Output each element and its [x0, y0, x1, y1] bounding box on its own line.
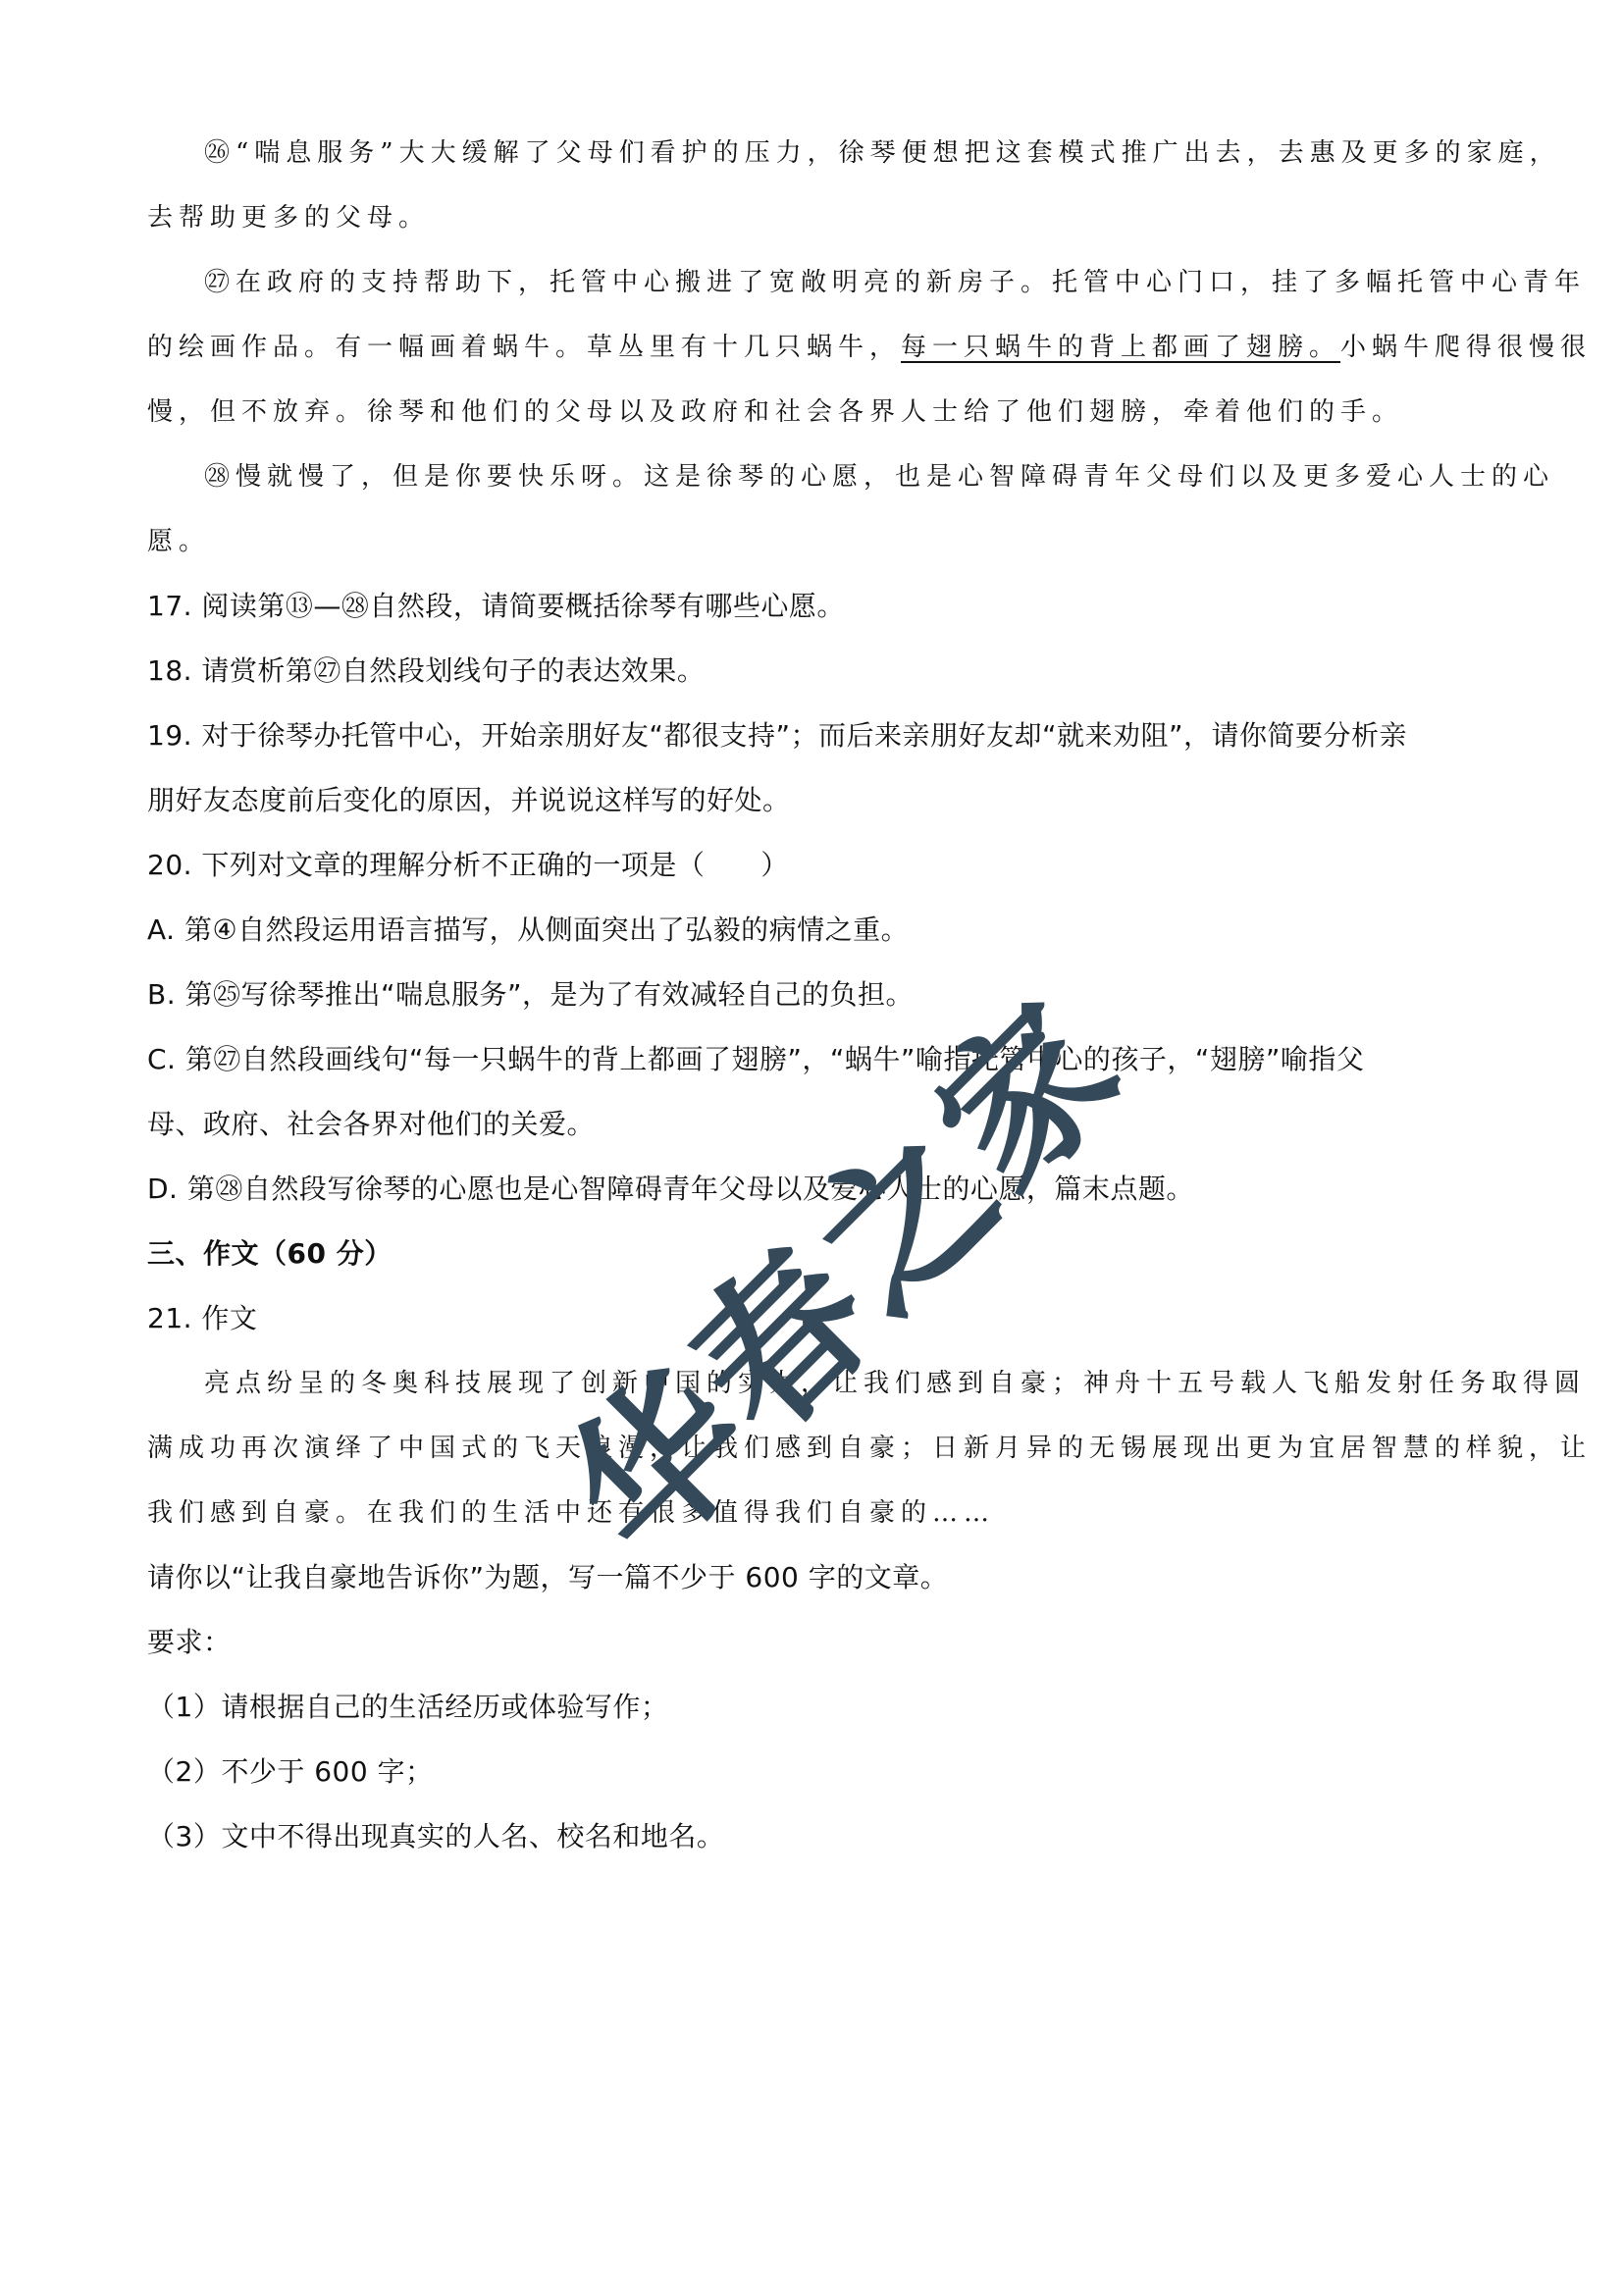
composition-prompt: 请你以“让我自豪地告诉你”为题，写一篇不少于 600 字的文章。 [147, 1558, 948, 1597]
exam-page: ㉖“喘息服务”大大缓解了父母们看护的压力，徐琴便想把这套模式推广出去，去惠及更多… [0, 0, 1623, 2296]
paragraph-27-text: 的绘画作品。有一幅画着蜗牛。草丛里有十几只蜗牛， [147, 333, 901, 362]
requirement-3: （3）文中不得出现真实的人名、校名和地名。 [147, 1817, 724, 1856]
question-18: 18. 请赏析第㉗自然段划线句子的表达效果。 [147, 652, 705, 691]
option-b: B. 第㉕写徐琴推出“喘息服务”，是为了有效减轻自己的负担。 [147, 975, 914, 1015]
question-20: 20. 下列对文章的理解分析不正确的一项是（ ） [147, 846, 789, 885]
material-line3: 我们感到自豪。在我们的生活中还有很多值得我们自豪的…… [147, 1493, 995, 1533]
section-title-composition: 三、作文（60 分） [147, 1234, 393, 1274]
paragraph-27-line1: ㉗在政府的支持帮助下，托管中心搬进了宽敞明亮的新房子。托管中心门口，挂了多幅托管… [204, 263, 1586, 302]
paragraph-28-line1: ㉘慢就慢了，但是你要快乐呀。这是徐琴的心愿，也是心智障碍青年父母们以及更多爱心人… [204, 457, 1554, 496]
option-a: A. 第④自然段运用语言描写，从侧面突出了弘毅的病情之重。 [147, 911, 909, 950]
material-line2: 满成功再次演绎了中国式的飞天浪漫，让我们感到自豪；日新月异的无锡展现出更为宜居智… [147, 1429, 1592, 1468]
requirement-1: （1）请根据自己的生活经历或体验写作； [147, 1688, 668, 1727]
question-21: 21. 作文 [147, 1299, 257, 1338]
paragraph-27-text-after: 小蜗牛爬得很慢很 [1340, 333, 1592, 362]
paragraph-28-line2: 愿。 [147, 522, 210, 561]
paragraph-27-line2: 的绘画作品。有一幅画着蜗牛。草丛里有十几只蜗牛，每一只蜗牛的背上都画了翅膀。小蜗… [147, 328, 1592, 367]
option-d: D. 第㉘自然段写徐琴的心愿也是心智障碍青年父母以及爱心人士的心愿，篇末点题。 [147, 1170, 1194, 1209]
question-19-line1: 19. 对于徐琴办托管中心，开始亲朋好友“都很支持”；而后来亲朋好友却“就来劝阻… [147, 716, 1407, 756]
question-17: 17. 阅读第⑬—㉘自然段，请简要概括徐琴有哪些心愿。 [147, 587, 845, 626]
requirement-2: （2）不少于 600 字； [147, 1752, 434, 1792]
paragraph-27-line3: 慢，但不放弃。徐琴和他们的父母以及政府和社会各界人士给了他们翅膀，牵着他们的手。 [147, 392, 1403, 432]
paragraph-26-line1: ㉖“喘息服务”大大缓解了父母们看护的压力，徐琴便想把这套模式推广出去，去惠及更多… [204, 133, 1561, 173]
option-c-line2: 母、政府、社会各界对他们的关爱。 [147, 1105, 595, 1144]
requirements-label: 要求： [147, 1623, 232, 1662]
option-c-line1: C. 第㉗自然段画线句“每一只蜗牛的背上都画了翅膀”，“蜗牛”喻指托管中心的孩子… [147, 1040, 1364, 1079]
question-19-line2: 朋好友态度前后变化的原因，并说说这样写的好处。 [147, 781, 791, 820]
material-line1: 亮点纷呈的冬奥科技展现了创新中国的实力，让我们感到自豪；神舟十五号载人飞船发射任… [204, 1364, 1586, 1403]
underlined-sentence: 每一只蜗牛的背上都画了翅膀。 [901, 333, 1340, 362]
paragraph-26-line2: 去帮助更多的父母。 [147, 198, 430, 237]
